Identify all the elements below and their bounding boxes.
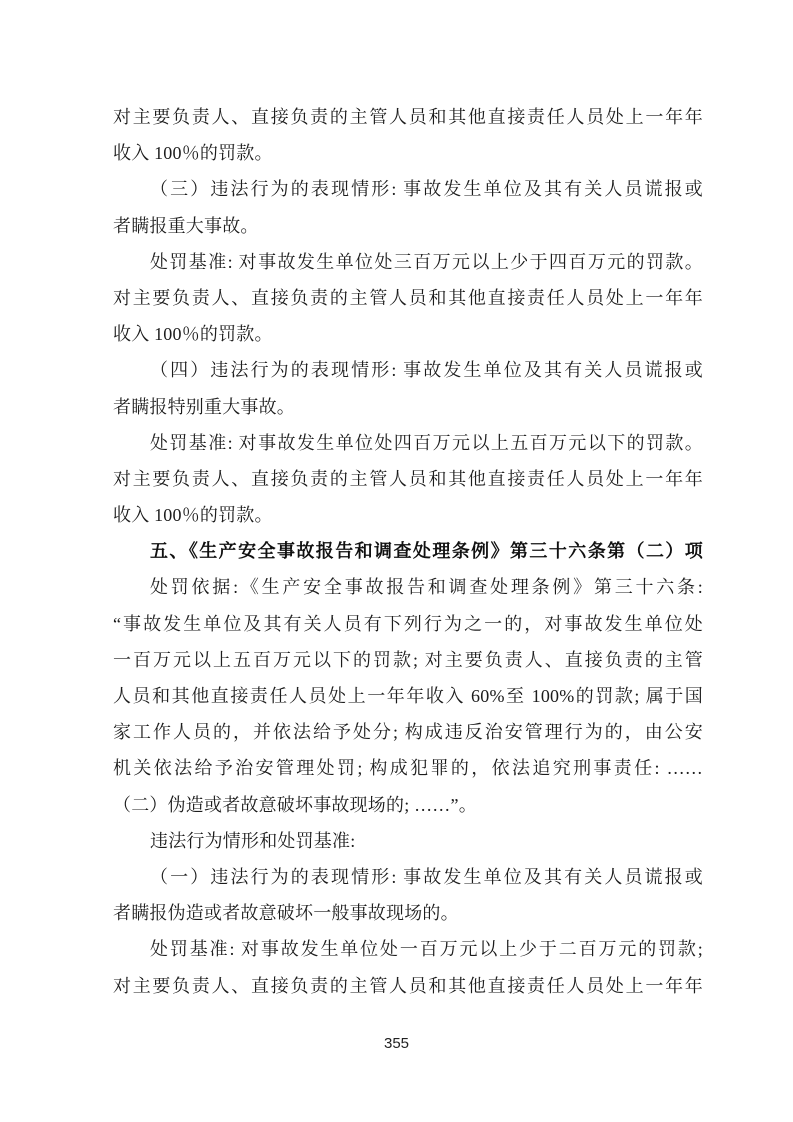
text-line: 者瞒报重大事故。 xyxy=(113,208,703,244)
text-line: 者瞒报伪造或者故意破坏一般事故现场的。 xyxy=(113,895,703,931)
text-line: 人员和其他直接责任人员处上一年年收入 60%至 100%的罚款; 属于国 xyxy=(113,678,703,714)
document-page: 对主要负责人、直接负责的主管人员和其他直接责任人员处上一年年 收入 100％的罚… xyxy=(0,0,793,1122)
text-line: 处罚基准: 对事故发生单位处三百万元以上少于四百万元的罚款。 xyxy=(113,244,703,280)
text-line: 对主要负责人、直接负责的主管人员和其他直接责任人员处上一年年 xyxy=(113,99,703,135)
text-line: 对主要负责人、直接负责的主管人员和其他直接责任人员处上一年年 xyxy=(113,280,703,316)
text-line: 收入 100％的罚款。 xyxy=(113,497,703,533)
text-line: 处罚依据:《生产安全事故报告和调查处理条例》第三十六条: xyxy=(113,569,703,605)
text-line: （一）违法行为的表现情形: 事故发生单位及其有关人员谎报或 xyxy=(113,859,703,895)
text-line: 违法行为情形和处罚基准: xyxy=(113,823,703,859)
text-line: 者瞒报特别重大事故。 xyxy=(113,389,703,425)
text-line: 家工作人员的，并依法给予处分; 构成违反治安管理行为的，由公安 xyxy=(113,714,703,750)
text-line: 处罚基准: 对事故发生单位处四百万元以上五百万元以下的罚款。 xyxy=(113,425,703,461)
document-body: 对主要负责人、直接负责的主管人员和其他直接责任人员处上一年年 收入 100％的罚… xyxy=(113,99,703,1004)
section-heading: 五、《生产安全事故报告和调查处理条例》第三十六条第（二）项 xyxy=(113,533,703,569)
text-line: 收入 100％的罚款。 xyxy=(113,316,703,352)
text-line: 一百万元以上五百万元以下的罚款; 对主要负责人、直接负责的主管 xyxy=(113,642,703,678)
text-line: 收入 100％的罚款。 xyxy=(113,135,703,171)
text-line: （二）伪造或者故意破坏事故现场的; ……”。 xyxy=(113,787,703,823)
text-line: 对主要负责人、直接负责的主管人员和其他直接责任人员处上一年年 xyxy=(113,461,703,497)
text-line: （三）违法行为的表现情形: 事故发生单位及其有关人员谎报或 xyxy=(113,171,703,207)
text-line: “事故发生单位及其有关人员有下列行为之一的，对事故发生单位处 xyxy=(113,606,703,642)
text-line: （四）违法行为的表现情形: 事故发生单位及其有关人员谎报或 xyxy=(113,352,703,388)
page-number: 355 xyxy=(0,1035,793,1052)
text-line: 对主要负责人、直接负责的主管人员和其他直接责任人员处上一年年 xyxy=(113,968,703,1004)
text-line: 机关依法给予治安管理处罚; 构成犯罪的，依法追究刑事责任: …… xyxy=(113,750,703,786)
text-line: 处罚基准: 对事故发生单位处一百万元以上少于二百万元的罚款; xyxy=(113,931,703,967)
